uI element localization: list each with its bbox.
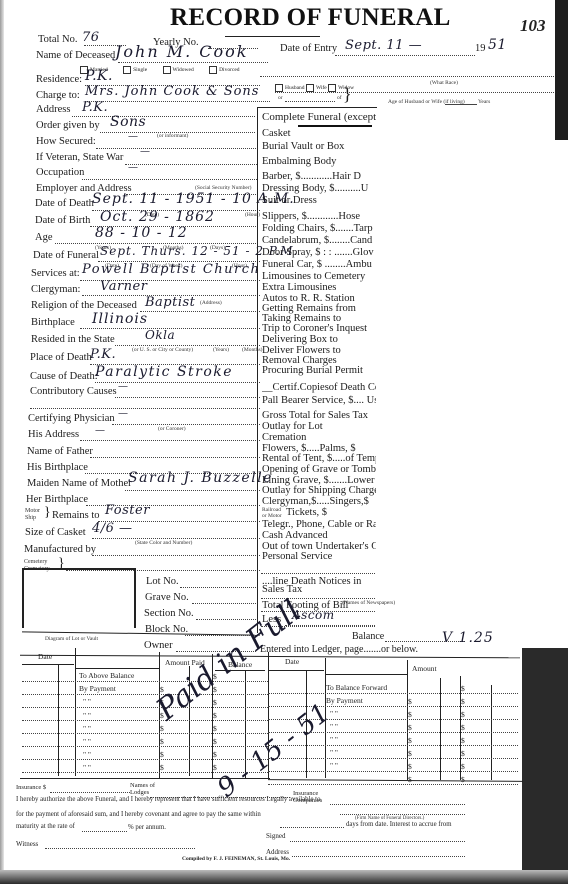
manufactured-by-field[interactable] [92,555,260,556]
religion-label: Religion of the Deceased [31,300,137,311]
motor-label: Motor [25,508,40,514]
race-hint: (What Race) [430,80,458,86]
size-of-casket-label: Size of Casket [25,527,86,538]
occupation-label: Occupation [36,167,84,178]
casket-color-hint: (State Color and Number) [135,540,192,546]
page-number: 103 [520,16,546,36]
ledger-right-row[interactable] [268,693,518,694]
date-of-birth-label: Date of Birth [35,215,90,226]
religion-address-hint: (Address) [200,300,222,306]
dollar-sign: $ [461,775,465,784]
spouse-or-label: or [278,95,283,101]
balance-value[interactable]: V 1.25 [442,630,494,646]
witness-label: Witness [16,840,38,848]
checkbox-icon [306,84,314,92]
veteran-value[interactable]: — [140,146,151,157]
compiled-by-credit: Compiled by F. J. FEINEMAN, St. Louis, M… [182,856,290,862]
footer-address-field[interactable] [292,856,465,857]
title-underline [225,36,320,37]
spouse-of-label: of [337,95,342,101]
ledger-left-ditto: " " [83,724,91,733]
dollar-sign: $ [160,763,164,772]
residence-label: Residence: [36,74,82,85]
date-of-entry-label: Date of Entry [280,43,337,54]
page-title: RECORD OF FUNERAL [170,4,451,32]
services-at-label: Services at: [31,268,80,279]
price-item-barber[interactable]: Barber, $............Hair D [262,171,376,182]
clergyman-label: Clergyman: [31,284,80,295]
price-item-pall-bearer[interactable]: Pall Bearer Service, $.... Us [262,395,376,406]
clergyman-value[interactable]: Varner [100,279,147,294]
dollar-sign: $ [213,737,217,746]
funeral-director-field[interactable] [340,814,465,815]
price-list-heading: Complete Funeral (except out [262,111,376,123]
cause-of-death-label: Cause of Death: [30,371,98,382]
price-item-delivering-box[interactable]: Delivering Box to [262,334,376,345]
dollar-sign: $ [408,697,412,706]
price-item-dressing-body[interactable]: Dressing Body, $..........U [262,183,376,194]
date-of-entry-value[interactable]: Sept. 11 — [345,38,422,53]
ledger-left-row[interactable] [22,681,268,682]
state-hint: (or U. S. or City or County) [132,347,193,353]
age-label: Age [35,232,53,243]
ledger-left-ditto: " " [83,763,91,772]
insurance-field[interactable] [50,792,130,793]
ledger-right-row[interactable] [268,758,518,759]
lot-diagram-caption: Diagram of Lot or Vault [45,636,98,642]
brace-icon: } [44,505,51,521]
percent-per-annum-text: % per annum. [128,824,166,831]
price-item-folding-chairs[interactable]: Folding Chairs, $.......Tarp [262,223,376,234]
dollar-sign: $ [408,723,412,732]
owner-label: Owner [144,640,173,651]
name-of-deceased-label: Name of Deceased [36,50,115,61]
interest-rate-field[interactable] [82,831,127,832]
how-secured-value[interactable]: — [128,131,139,142]
resided-in-state-label: Resided in the State [31,334,115,345]
price-item-funeral-car[interactable]: Funeral Car, $ ........Ambu [262,259,376,270]
dollar-sign: $ [213,750,217,759]
manufactured-by-label: Manufactured by [24,544,96,555]
date-of-death-label: Date of Death [35,198,94,209]
certifying-physician-value[interactable]: — [118,408,129,419]
her-birthplace-label: Her Birthplace [26,494,88,505]
price-item-death-certificates[interactable]: __Certif.Copiesof Death Cer [262,382,376,393]
cemetery-label: Cemetery [24,559,47,565]
checkbox-icon [328,84,336,92]
dollar-sign: $ [461,736,465,745]
grave-no-field[interactable] [192,603,256,604]
size-of-casket-value[interactable]: 4/6 — [92,521,133,536]
name-of-father-field[interactable] [90,457,260,458]
sales-tax-label[interactable]: Sales Tax [262,584,376,595]
checkbox-icon [275,84,283,92]
name-of-deceased-value[interactable]: John M. Cook [115,42,249,61]
ledger-right-row[interactable] [268,771,518,772]
signed-label: Signed [266,832,285,840]
signed-field[interactable] [290,841,465,842]
contributory-causes-label: Contributory Causes [30,386,117,397]
price-item-opening-grave[interactable]: Opening of Grave or Tomb [262,464,376,475]
ledger-right-row[interactable] [268,745,518,746]
ledger-left-row[interactable] [22,759,268,760]
price-item-burial-permit[interactable]: Procuring Burial Permit [262,365,376,376]
date-of-birth-value[interactable]: Oct. 29 - 1862 [100,209,215,225]
dollar-sign: $ [160,750,164,759]
dollar-sign: $ [213,698,217,707]
dollar-sign: $ [461,723,465,732]
religion-value[interactable]: Baptist [145,295,195,310]
spouse-husband[interactable]: Husband [275,85,305,91]
dollar-sign: $ [213,711,217,720]
checkbox-icon [209,66,217,74]
balance-label: Balance [352,631,384,642]
price-item-personal-service[interactable]: Personal Service [262,551,376,562]
price-item-cremation[interactable]: Cremation [262,432,376,443]
dollar-sign: $ [408,775,412,784]
grave-no-label: Grave No. [145,592,189,603]
scan-edge-bottom [0,870,568,884]
extra-causes-field[interactable] [30,408,260,409]
price-item-tent-rental[interactable]: Rental of Tent, $.....of Temp [262,453,376,464]
scan-edge-dark-top [555,0,568,140]
order-given-by-value[interactable]: Sons [110,114,146,130]
ledger-left-ditto: " " [83,750,91,759]
dollar-sign: $ [160,724,164,733]
marital-widowed[interactable]: Widowed [163,67,194,73]
witness-field[interactable] [45,848,195,849]
ledger-left-date-header: Date [38,652,52,661]
scan-edge-dark [522,648,568,884]
his-address-value[interactable]: — [95,425,106,436]
price-item-coroner-trip[interactable]: Trip to Coroner's Inquest [262,323,376,334]
price-item-extra-limousines[interactable]: Extra Limousines [262,282,376,293]
ledger-right-row-label: To Balance Forward [326,683,387,692]
ledger-left-row[interactable] [22,707,268,708]
price-item-slippers[interactable]: Slippers, $............Hose [262,211,376,222]
place-of-death-value[interactable]: P.K. [90,347,116,362]
price-item-tickets[interactable]: Tickets, $ [286,507,400,518]
maiden-name-of-mother-value[interactable]: Sarah J. Buzzelle [128,470,273,486]
brace-icon: } [343,86,352,102]
dollar-sign: $ [408,710,412,719]
price-item-burial-vault[interactable]: Burial Vault or Box [262,141,376,152]
price-item-gross-total[interactable]: Gross Total for Sales Tax [262,410,376,421]
cause-of-death-value[interactable]: Paralytic Stroke [95,364,233,380]
ledger-entry-note: Entered into Ledger, page.......or below… [260,644,418,655]
ledger-left-row[interactable] [22,746,268,747]
scan-edge-shadow [0,0,4,884]
price-item-door-spray[interactable]: Door Spray, $ : : .......Glov [262,247,376,258]
checkbox-icon [123,66,131,74]
resided-years-hint: (Years) [213,347,229,353]
address-label: Address [36,104,70,115]
ledger-left-row-label: To Above Balance [79,671,134,680]
remains-to-label: Remains to [52,510,100,521]
price-item-clergyman-singers[interactable]: Clergyman,$.....Singers,$ [262,496,376,507]
ledger-right-row[interactable] [268,784,518,785]
ledger-left-ditto: " " [83,697,91,706]
lot-diagram-box [22,568,136,628]
dollar-sign: $ [213,763,217,772]
ledger-right-row-label: By Payment [326,696,363,705]
informant-hint: (or informant) [157,133,188,139]
year-prefix: 19 [475,43,486,54]
block-no-label: Block No. [145,624,188,635]
resided-in-state-value[interactable]: Okla [145,328,175,342]
address-value[interactable]: P.K. [82,100,108,115]
birthplace-label: Birthplace [31,317,75,328]
maiden-name-of-mother-label: Maiden Name of Mother [27,478,132,489]
spouse-wife[interactable]: Wife [306,85,327,91]
price-item-cash-advanced[interactable]: Cash Advanced [262,530,376,541]
his-birthplace-label: His Birthplace [27,462,88,473]
name-of-father-label: Name of Father [27,446,93,457]
total-no-label: Total No. [38,34,78,45]
dollar-sign: $ [408,762,412,771]
total-no-value[interactable]: 76 [82,30,100,45]
price-item-outlay-lot[interactable]: Outlay for Lot [262,421,376,432]
dollar-sign: $ [461,710,465,719]
lot-no-field[interactable] [180,587,256,588]
ledger-right-ditto: " " [330,761,338,770]
dollar-sign: $ [461,697,465,706]
occupation-value[interactable]: — [128,162,139,173]
age-value[interactable]: 88 - 10 - 12 [95,225,188,241]
year-value[interactable]: 51 [488,37,507,53]
birthplace-value[interactable]: Illinois [92,311,148,327]
marital-divorced[interactable]: Divorced [209,67,239,73]
how-secured-label: How Secured: [36,136,96,147]
lot-no-label: Lot No. [146,576,179,587]
ledger-left-row[interactable] [22,733,268,734]
veteran-label: If Veteran, State War [36,152,123,163]
days-field[interactable] [280,827,344,828]
price-item-suit-dress[interactable]: Suit or Dress [262,195,376,206]
authorization-text: I hereby authorize the above Funeral, an… [16,796,320,803]
price-item-casket[interactable]: Casket [262,128,376,139]
payment-terms-text: for the payment of aforesaid sum, and I … [16,811,261,818]
price-item-shipping[interactable]: Outlay for Shipping Charges [262,485,376,496]
price-item-limousines[interactable]: Limousines to Cemetery [262,271,376,282]
contributory-causes-value[interactable]: — [118,381,129,392]
ledger-right-ditto: " " [330,735,338,744]
price-item-embalming[interactable]: Embalming Body [262,156,376,167]
dollar-sign: $ [160,737,164,746]
lodges-label-bottom: Lodges [130,789,149,796]
days-from-date-text: days from date. Interest to accrue from [346,821,452,828]
dollar-sign: $ [461,762,465,771]
section-no-field[interactable] [196,619,256,620]
ledger-left-row-label: By Payment [79,684,116,693]
charge-to-value[interactable]: Mrs. John Cook & Sons [85,84,259,99]
ledger-right-ditto: " " [330,748,338,757]
price-list-panel: Complete Funeral (except out Casket Buri… [257,108,376,633]
marital-single[interactable]: Single [123,67,147,73]
ledger-left-row[interactable] [22,720,268,721]
checkbox-icon [163,66,171,74]
order-given-by-label: Order given by [36,120,100,131]
dollar-sign: $ [213,724,217,733]
ledger-right-amount-header: Amount [412,664,437,673]
price-item-telegram-phone[interactable]: Telegr., Phone, Cable or Radi [262,519,376,530]
his-address-label: His Address [28,429,79,440]
insurance-label: Insurance $ [16,784,46,791]
maturity-text: maturity at the rate of [16,823,75,830]
lodges-label-top: Names of [130,782,155,789]
years-label: Years [478,99,490,105]
residence-value[interactable]: P.K. [85,68,113,84]
price-item-candelabrum[interactable]: Candelabrum, $........Cand [262,235,376,246]
services-at-value[interactable]: Powell Baptist Church [82,262,260,277]
ledger-left-row[interactable] [22,694,268,695]
dollar-sign: $ [461,684,465,693]
charge-to-label: Charge to: [36,90,80,101]
address-label-footer: Address [266,848,289,856]
ledger-left-ditto: " " [83,737,91,746]
coroner-hint: (or Coroner) [158,426,186,432]
insurance-companies-field[interactable] [330,804,465,805]
ledger-left-ditto: " " [83,711,91,720]
place-of-death-label: Place of Death [30,352,92,363]
dollar-sign: $ [408,749,412,758]
ledger-right-date-header: Date [285,657,299,666]
paid-date-stamp: 9 - 15 - 51 [212,698,336,804]
section-no-label: Section No. [144,608,194,619]
remains-to-value[interactable]: Foster [105,503,150,518]
dollar-sign: $ [408,736,412,745]
ship-label: Ship [25,515,36,521]
certifying-physician-label: Certifying Physician [28,413,115,424]
date-of-funeral-label: Date of Funeral [33,250,99,261]
dollar-sign: $ [461,749,465,758]
